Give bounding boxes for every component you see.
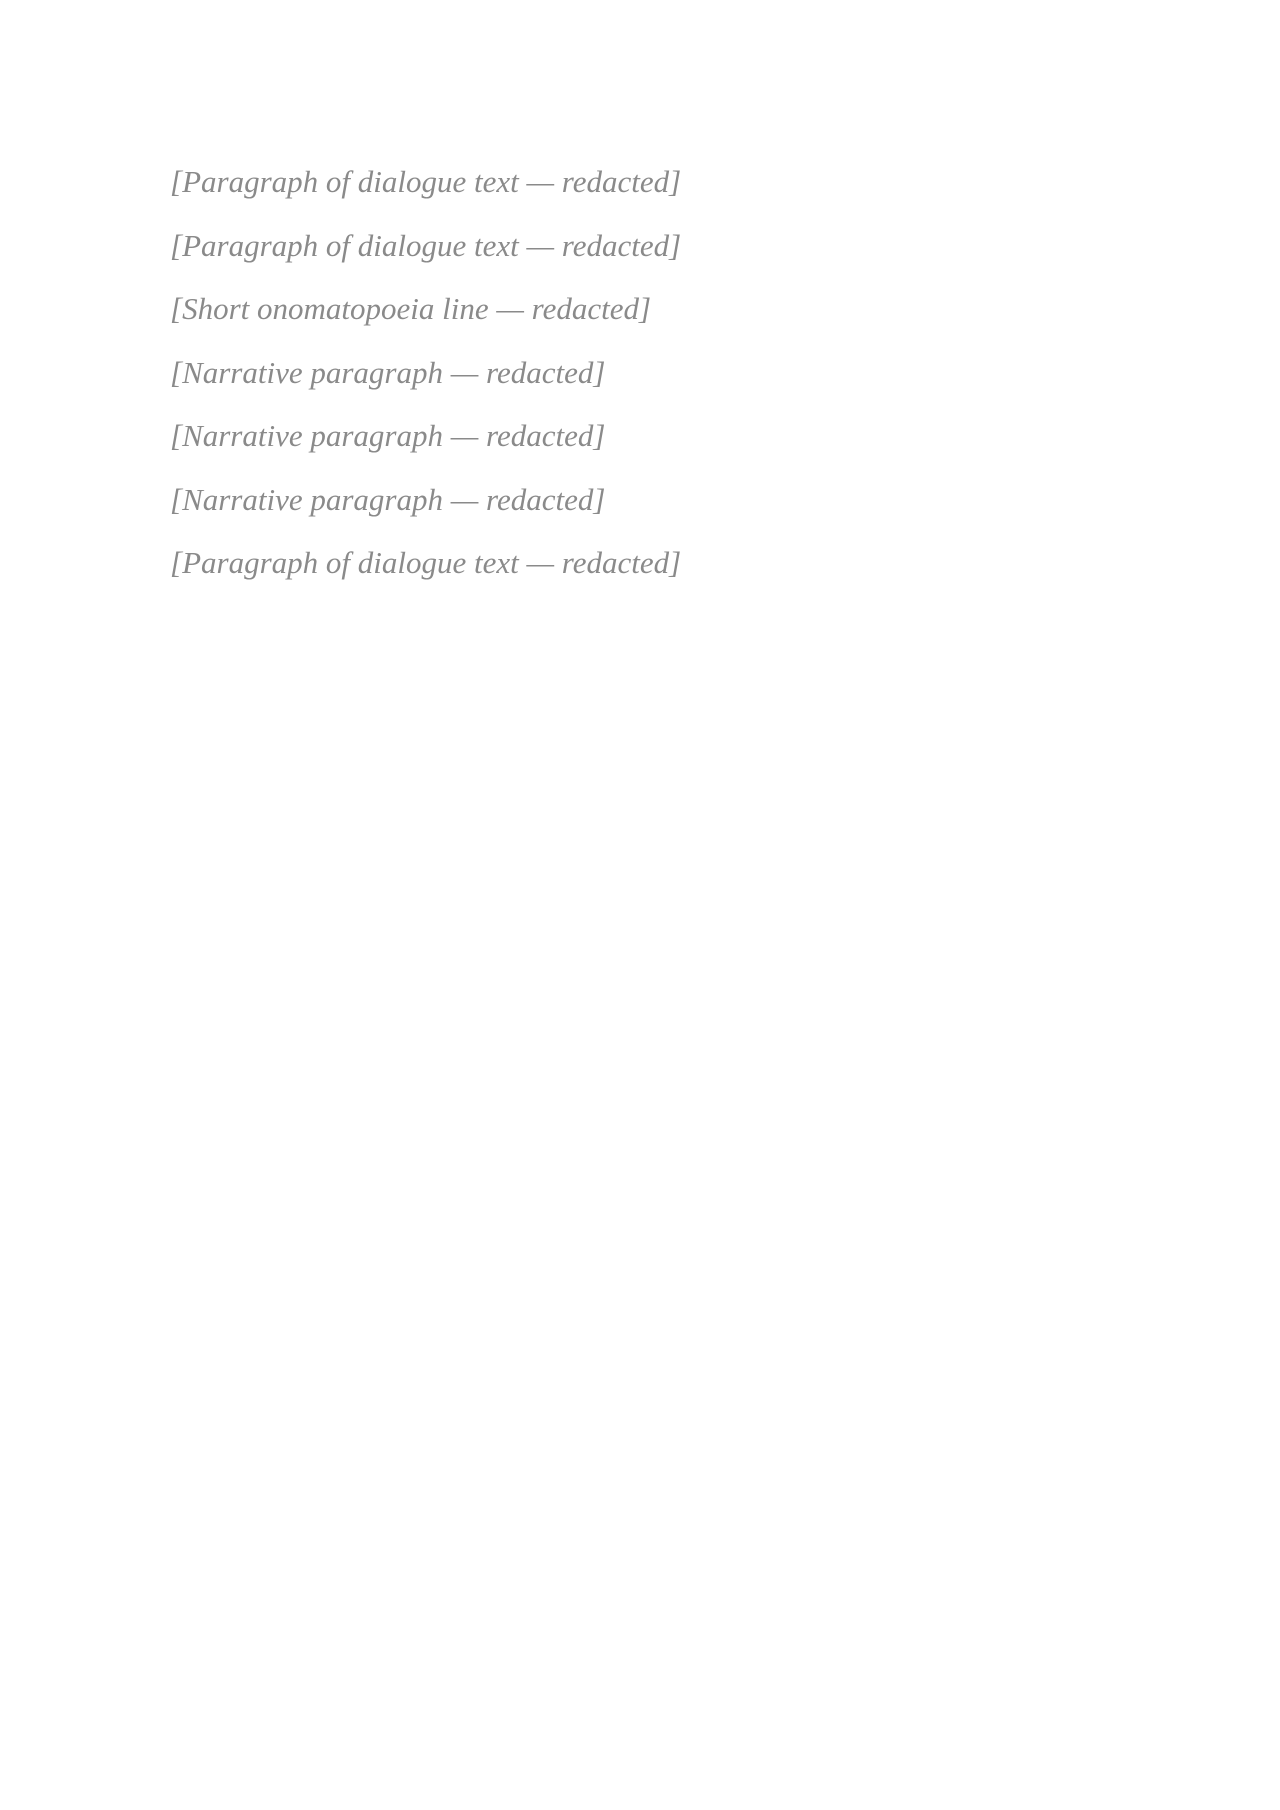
- paragraph: [Narrative paragraph — redacted]: [170, 341, 1110, 405]
- paragraph: [Paragraph of dialogue text — redacted]: [170, 214, 1110, 278]
- paragraph: [Paragraph of dialogue text — redacted]: [170, 531, 1110, 595]
- paragraph: [Narrative paragraph — redacted]: [170, 468, 1110, 532]
- paragraph: [Narrative paragraph — redacted]: [170, 404, 1110, 468]
- paragraph: [Short onomatopoeia line — redacted]: [170, 277, 1110, 341]
- document-page: [Paragraph of dialogue text — redacted] …: [0, 0, 1280, 1810]
- paragraph: [Paragraph of dialogue text — redacted]: [170, 150, 1110, 214]
